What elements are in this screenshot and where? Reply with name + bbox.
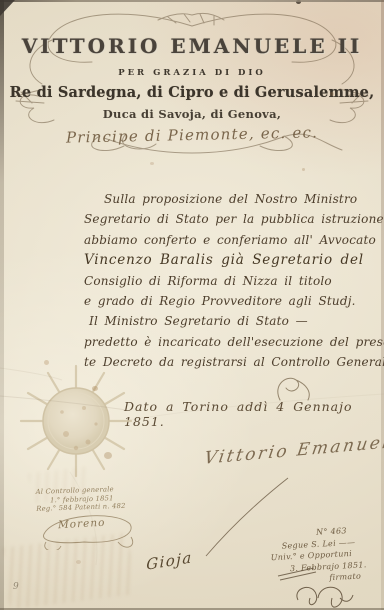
photo-corner-topleft bbox=[0, 0, 15, 16]
paper-creases bbox=[0, 0, 384, 610]
photo-edge-left bbox=[0, 0, 4, 610]
photo-edge-top bbox=[0, 0, 384, 2]
document-page: VITTORIO EMANUELE II PER GRAZIA DI DIO R… bbox=[0, 0, 384, 610]
